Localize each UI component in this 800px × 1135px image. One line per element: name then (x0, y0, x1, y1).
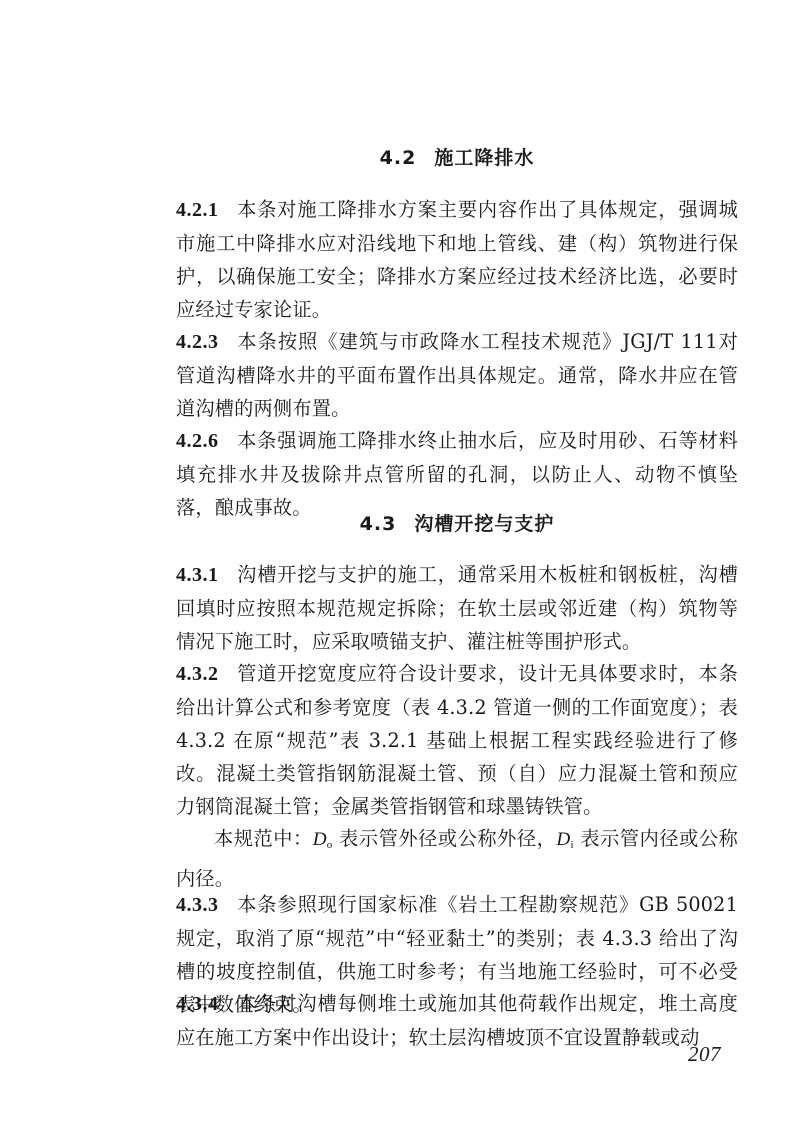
section-heading-4-3: 4.3沟槽开挖与支护 (176, 512, 738, 536)
clause-text: 本条对施工降排水方案主要内容作出了具体规定，强调城市施工中降排水应对沿线地下和地… (176, 198, 738, 321)
clause-4-2-6: 4.2.6本条强调施工降排水终止抽水后，应及时用砂、石等材料填充排水井及拔除井点… (176, 424, 738, 524)
clause-text: 沟槽开挖与支护的施工，通常采用木板桩和钢板桩，沟槽回填时应按照本规范规定拆除；在… (176, 563, 738, 653)
clause-4-3-4: 4.3.4本条对沟槽每侧堆土或施加其他荷载作出规定，堆土高度应在施工方案中作出设… (176, 987, 738, 1054)
section-title-text: 沟槽开挖与支护 (414, 513, 554, 535)
symbol-letter: D (313, 829, 327, 850)
clause-number: 4.3.4 (176, 993, 219, 1015)
notation-note: 本规范中：Do 表示管外径或公称外径，Di 表示管内径或公称内径。 (176, 822, 738, 895)
page-number: 207 (688, 1042, 721, 1067)
section-number: 4.3 (360, 513, 397, 535)
symbol-outer-diameter: Do (313, 829, 333, 850)
clause-number: 4.3.1 (176, 564, 219, 586)
symbol-letter: D (556, 829, 570, 850)
clause-number: 4.3.2 (176, 663, 219, 685)
clause-4-3-1: 4.3.1沟槽开挖与支护的施工，通常采用木板桩和钢板桩，沟槽回填时应按照本规范规… (176, 558, 738, 658)
clause-number: 4.2.3 (176, 331, 219, 353)
clause-text: 管道开挖宽度应符合设计要求，设计无具体要求时，本条给出计算公式和参考宽度（表 4… (176, 662, 738, 818)
clause-4-2-3: 4.2.3本条按照《建筑与市政降水工程技术规范》JGJ/T 111对管道沟槽降水… (176, 325, 738, 425)
clause-number: 4.2.6 (176, 430, 219, 452)
section-number: 4.2 (380, 147, 417, 169)
clause-number: 4.3.3 (176, 894, 219, 916)
symbol-subscript: o (327, 839, 333, 851)
note-prefix: 本规范中： (214, 827, 313, 850)
section-title-text: 施工降排水 (434, 147, 534, 169)
clause-text: 本条强调施工降排水终止抽水后，应及时用砂、石等材料填充排水井及拔除井点管所留的孔… (176, 429, 738, 519)
note-mid: 表示管外径或公称外径， (339, 827, 556, 850)
symbol-inner-diameter: Di (556, 829, 573, 850)
section-heading-4-2: 4.2施工降排水 (176, 146, 738, 170)
clause-text: 本条对沟槽每侧堆土或施加其他荷载作出规定，堆土高度应在施工方案中作出设计；软土层… (176, 992, 738, 1049)
clause-4-3-2: 4.3.2管道开挖宽度应符合设计要求，设计无具体要求时，本条给出计算公式和参考宽… (176, 657, 738, 823)
clause-text: 本条按照《建筑与市政降水工程技术规范》JGJ/T 111对管道沟槽降水井的平面布… (176, 330, 738, 420)
clause-4-2-1: 4.2.1本条对施工降排水方案主要内容作出了具体规定，强调城市施工中降排水应对沿… (176, 193, 738, 326)
clause-number: 4.2.1 (176, 199, 219, 221)
symbol-subscript: i (570, 839, 573, 851)
